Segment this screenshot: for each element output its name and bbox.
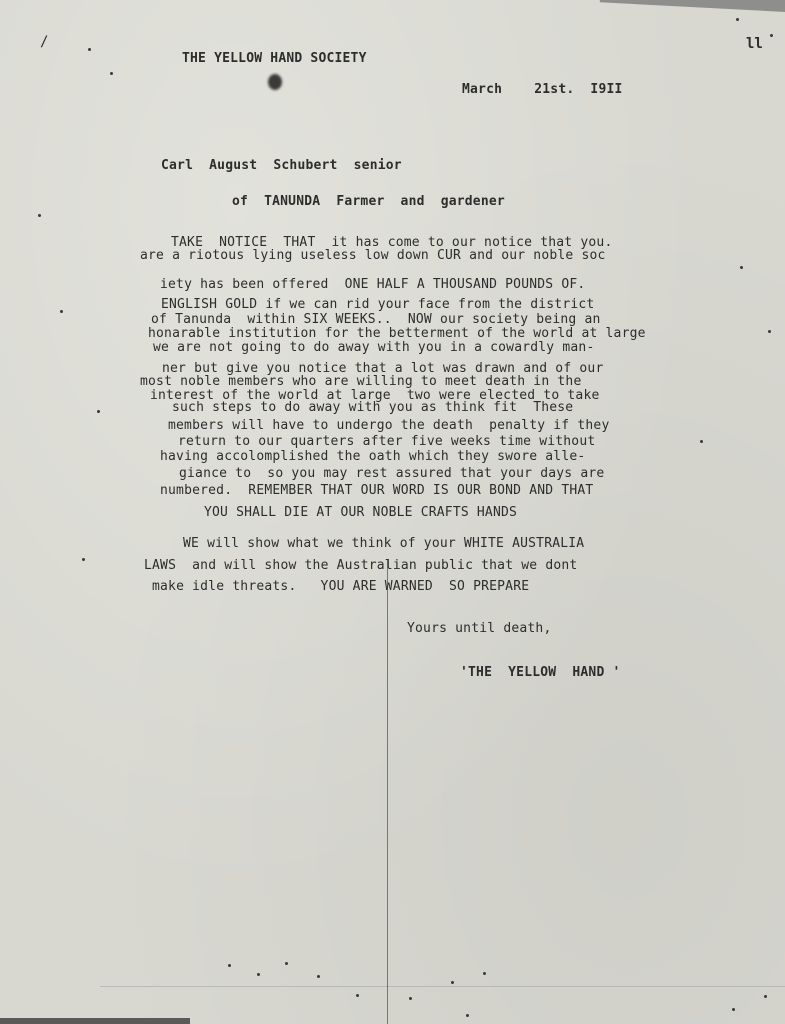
paper-edge (0, 1018, 190, 1024)
speck (82, 558, 85, 561)
speck (700, 440, 703, 443)
closing-line: Yours until death, (407, 622, 551, 636)
body-line: make idle threats. YOU ARE WARNED SO PRE… (152, 580, 529, 594)
body-line: having accolomplished the oath which the… (160, 450, 585, 464)
body-line: YOU SHALL DIE AT OUR NOBLE CRAFTS HANDS (204, 506, 517, 520)
speck (317, 975, 320, 978)
speck (60, 310, 63, 313)
speck (736, 18, 739, 21)
speck (356, 994, 359, 997)
speck (732, 1008, 735, 1011)
speck (451, 981, 454, 984)
speck (228, 964, 231, 967)
body-line: members will have to undergo the death p… (168, 419, 609, 433)
speck (483, 972, 486, 975)
body-line: are a riotous lying useless low down CUR… (140, 249, 606, 263)
body-line: LAWS and will show the Australian public… (144, 559, 577, 573)
body-line: of Tanunda within SIX WEEKS.. NOW our so… (151, 313, 601, 327)
speck (38, 214, 41, 217)
body-line: return to our quarters after five weeks … (178, 435, 595, 449)
speck (88, 48, 91, 51)
body-line: ENGLISH GOLD if we can rid your face fro… (161, 298, 594, 312)
speck (285, 962, 288, 965)
page-mark: ll (746, 36, 763, 52)
signature: 'THE YELLOW HAND ' (460, 666, 621, 680)
pen-mark: / (40, 34, 48, 50)
body-line: giance to so you may rest assured that y… (179, 467, 604, 481)
addressee-name: Carl August Schubert senior (161, 159, 402, 173)
paper-edge (600, 0, 785, 14)
body-line: most noble members who are willing to me… (140, 375, 581, 389)
body-line: such steps to do away with you as think … (172, 401, 573, 415)
speck (110, 72, 113, 75)
speck (768, 330, 771, 333)
body-line: WE will show what we think of your WHITE… (183, 537, 584, 551)
speck (409, 997, 412, 1000)
speck (770, 34, 773, 37)
body-line: we are not going to do away with you in … (153, 341, 594, 355)
addressee-place: of TANUNDA Farmer and gardener (232, 195, 505, 209)
speck (466, 1014, 469, 1017)
letter-heading: THE YELLOW HAND SOCIETY (182, 52, 367, 66)
ink-blot (268, 74, 282, 90)
body-line: iety has been offered ONE HALF A THOUSAN… (160, 278, 585, 292)
body-line: numbered. REMEMBER THAT OUR WORD IS OUR … (160, 484, 593, 498)
speck (764, 995, 767, 998)
speck (740, 266, 743, 269)
body-line: honarable institution for the betterment… (148, 327, 646, 341)
speck (97, 410, 100, 413)
fold-line (387, 560, 388, 1024)
letter-date: March 21st. I9II (462, 83, 623, 97)
fold-line (100, 986, 785, 987)
letter-page: / ll THE YELLOW HAND SOCIETY March 21st.… (0, 0, 785, 1024)
speck (257, 973, 260, 976)
